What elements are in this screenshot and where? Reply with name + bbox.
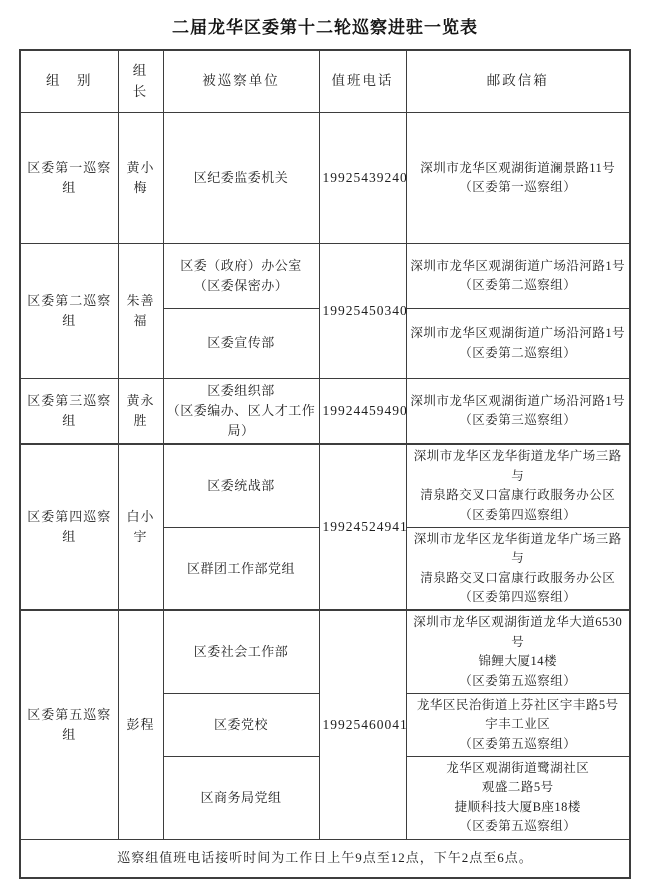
cell-mailbox: 龙华区民治街道上芬社区宇丰路5号 宇丰工业区 （区委第五巡察组） — [406, 693, 630, 756]
column-header-unit: 被巡察单位 — [163, 50, 319, 113]
cell-mailbox: 深圳市龙华区观湖街道澜景路11号 （区委第一巡察组） — [406, 113, 630, 244]
inspection-table: 组 别 组 长 被巡察单位 值班电话 邮政信箱 区委第一巡察组 黄小梅 区纪委监… — [19, 49, 631, 879]
column-header-mailbox: 邮政信箱 — [406, 50, 630, 113]
cell-unit: 区委社会工作部 — [163, 610, 319, 693]
table-row-group5-sub1: 区委第五巡察组 彭程 区委社会工作部 19925460041 深圳市龙华区观湖街… — [20, 610, 630, 693]
cell-group: 区委第一巡察组 — [20, 113, 118, 244]
cell-group: 区委第五巡察组 — [20, 610, 118, 839]
cell-leader: 朱善福 — [118, 244, 163, 379]
cell-phone: 19924524941 — [319, 444, 406, 610]
cell-phone: 19924459490 — [319, 379, 406, 445]
table-row-group4-sub1: 区委第四巡察组 白小宇 区委统战部 19924524941 深圳市龙华区龙华街道… — [20, 444, 630, 527]
column-header-phone: 值班电话 — [319, 50, 406, 113]
footer-note: 巡察组值班电话接听时间为工作日上午9点至12点，下午2点至6点。 — [20, 839, 630, 878]
cell-mailbox: 深圳市龙华区龙华街道龙华广场三路与 清泉路交叉口富康行政服务办公区 （区委第四巡… — [406, 527, 630, 610]
page-title: 二届龙华区委第十二轮巡察进驻一览表 — [0, 0, 650, 38]
cell-mailbox: 深圳市龙华区观湖街道广场沿河路1号 （区委第三巡察组） — [406, 379, 630, 445]
column-header-leader: 组 长 — [118, 50, 163, 113]
table-row-group2-sub1: 区委第二巡察组 朱善福 区委（政府）办公室 （区委保密办） 1992545034… — [20, 244, 630, 309]
cell-mailbox: 深圳市龙华区龙华街道龙华广场三路与 清泉路交叉口富康行政服务办公区 （区委第四巡… — [406, 444, 630, 527]
cell-unit: 区委组织部 （区委编办、区人才工作局） — [163, 379, 319, 445]
cell-group: 区委第二巡察组 — [20, 244, 118, 379]
document-page: 二届龙华区委第十二轮巡察进驻一览表 组 别 组 长 被巡察单位 值班电话 邮政信… — [0, 0, 650, 839]
table-header-row: 组 别 组 长 被巡察单位 值班电话 邮政信箱 — [20, 50, 630, 113]
column-header-group: 组 别 — [20, 50, 118, 113]
cell-unit: 区委（政府）办公室 （区委保密办） — [163, 244, 319, 309]
cell-mailbox: 深圳市龙华区观湖街道龙华大道6530号 锦鲤大厦14楼 （区委第五巡察组） — [406, 610, 630, 693]
cell-phone: 19925460041 — [319, 610, 406, 839]
cell-unit: 区委党校 — [163, 693, 319, 756]
cell-leader: 黄永胜 — [118, 379, 163, 445]
cell-mailbox: 深圳市龙华区观湖街道广场沿河路1号 （区委第二巡察组） — [406, 244, 630, 309]
cell-group: 区委第四巡察组 — [20, 444, 118, 610]
cell-unit: 区委宣传部 — [163, 309, 319, 379]
cell-leader: 白小宇 — [118, 444, 163, 610]
cell-unit: 区商务局党组 — [163, 757, 319, 840]
table-footer-row: 巡察组值班电话接听时间为工作日上午9点至12点，下午2点至6点。 — [20, 839, 630, 878]
cell-unit: 区群团工作部党组 — [163, 527, 319, 610]
cell-phone: 19925450340 — [319, 244, 406, 379]
table-row-group1: 区委第一巡察组 黄小梅 区纪委监委机关 19925439240 深圳市龙华区观湖… — [20, 113, 630, 244]
cell-mailbox: 深圳市龙华区观湖街道广场沿河路1号 （区委第二巡察组） — [406, 309, 630, 379]
cell-leader: 彭程 — [118, 610, 163, 839]
table-row-group3: 区委第三巡察组 黄永胜 区委组织部 （区委编办、区人才工作局） 19924459… — [20, 379, 630, 445]
cell-unit: 区委统战部 — [163, 444, 319, 527]
cell-leader: 黄小梅 — [118, 113, 163, 244]
cell-unit: 区纪委监委机关 — [163, 113, 319, 244]
cell-mailbox: 龙华区观湖街道鹭湖社区 观盛二路5号 捷顺科技大厦B座18楼 （区委第五巡察组） — [406, 757, 630, 840]
cell-phone: 19925439240 — [319, 113, 406, 244]
cell-group: 区委第三巡察组 — [20, 379, 118, 445]
